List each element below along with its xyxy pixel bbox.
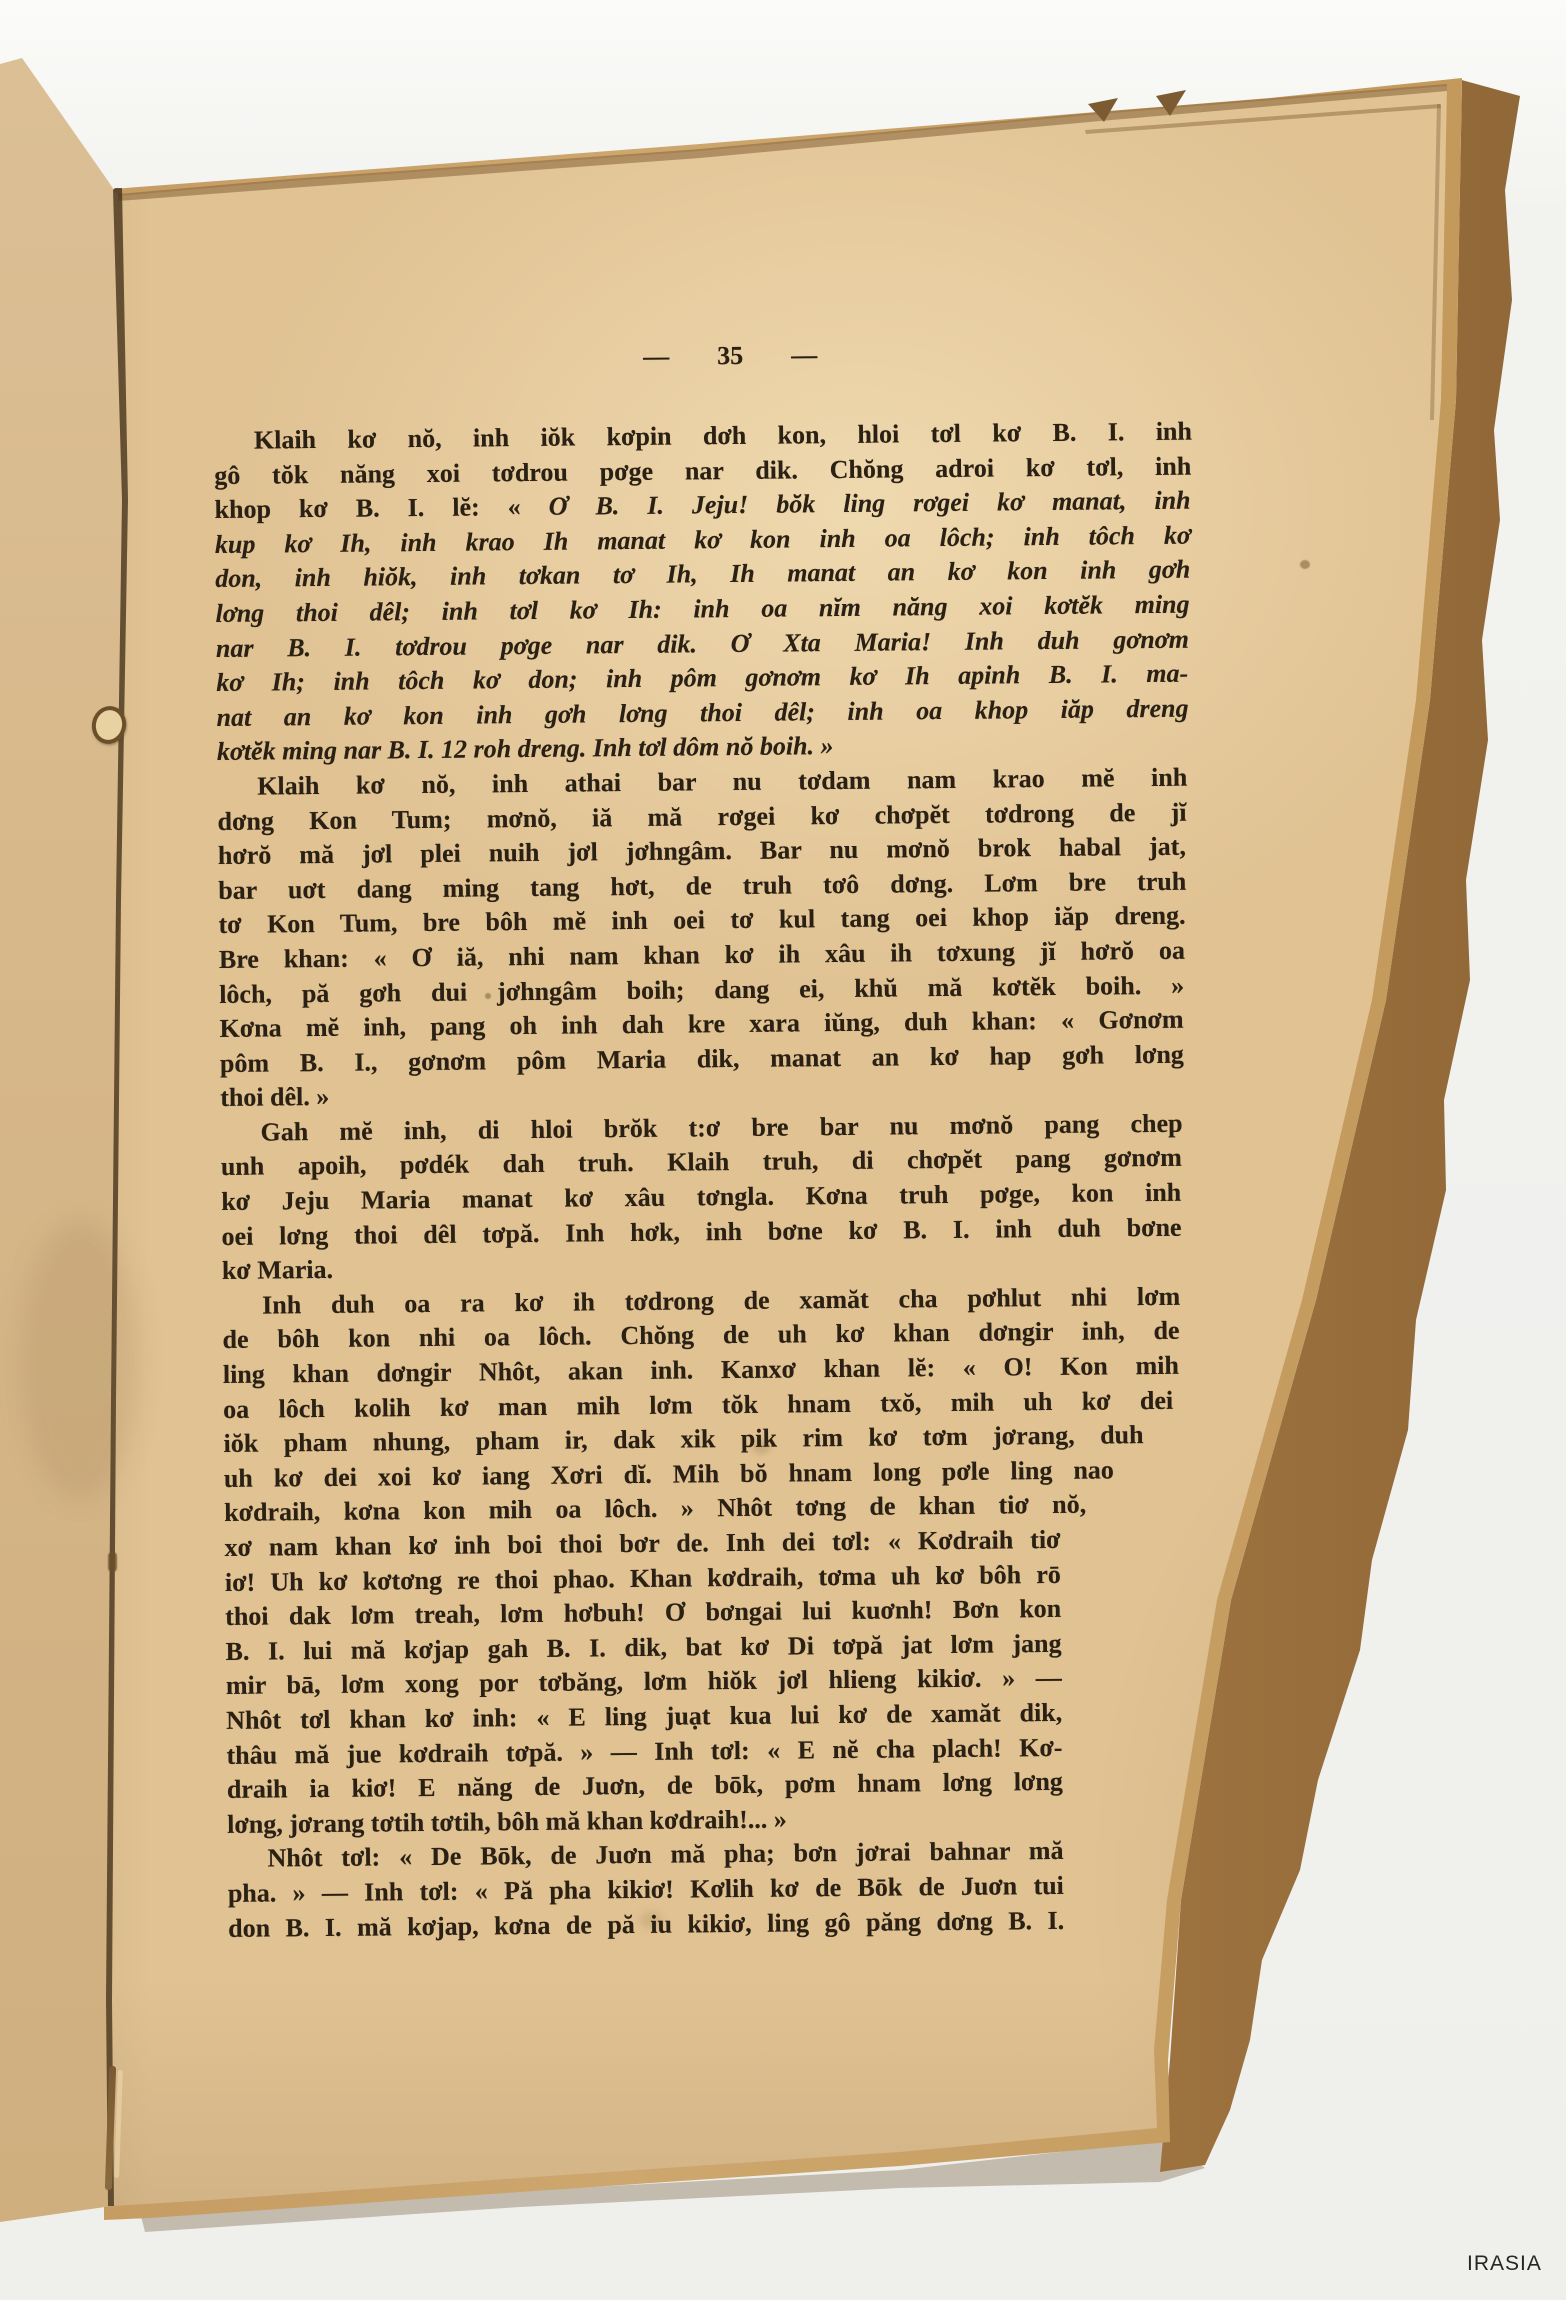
text-column: Klaih kơ nŏ, inh iŏk kơpin dơh kon, hloi… <box>214 414 1239 1946</box>
regular-text: xơ nam khan kơ inh boi thoi bơr de. Inh … <box>224 1525 1060 1562</box>
regular-text: ling khan dơngir Nhôt, akan inh. Kanxơ k… <box>223 1351 1179 1389</box>
italic-text: nar B. I. tơdrou pơge nar dik. Ơ Xta Mar… <box>216 624 1189 662</box>
italic-text: don, inh hiŏk, inh tơkan tơ Ih, Ih manat… <box>215 555 1190 593</box>
regular-text: lôch, pă gơh dui jơhngâm boih; dang ei, … <box>219 970 1184 1008</box>
regular-text: lơng, jơrang tơtih tơtih, bôh mă khan kơ… <box>227 1804 787 1838</box>
italic-text: lơng thoi dêl; inh tơl kơ Ih: inh oa nĭm… <box>215 590 1189 628</box>
italic-text: kơtĕk ming nar B. I. 12 roh dreng. Inh t… <box>217 731 834 766</box>
regular-text: oei lơng thoi dêl tơpă. Inh hơk, inh bơn… <box>221 1212 1181 1250</box>
regular-text: bar uơt dang ming tang hơt, de truh tơô … <box>218 866 1186 904</box>
regular-text: pha. » — Inh tơl: « Pă pha kikiơ! Kơlih … <box>228 1871 1064 1908</box>
regular-text: kơ Maria. <box>222 1255 333 1285</box>
regular-text: de bôh kon nhi oa lôch. Chŏng de uh kơ k… <box>222 1316 1179 1354</box>
paragraph: Inh duh oa ra kơ ih tơdrong de xamăt cha… <box>222 1279 1237 1842</box>
italic-text: nat an kơ kon inh gơh lơng thoi dêl; inh… <box>216 693 1188 731</box>
book-photo: —35— Klaih kơ nŏ, inh iŏk kơpin dơh kon,… <box>0 0 1566 2300</box>
regular-text: gô tŏk năng xoi tơdrou pơge nar dik. Chŏ… <box>214 451 1191 489</box>
paragraph: Gah mĕ inh, di hloi brŏk t:ơ bre bar nu … <box>220 1106 1232 1289</box>
regular-text: iơ! Uh kơ kơtơng re thoi phao. Khan kơdr… <box>225 1560 1061 1597</box>
regular-text: Kơna mĕ inh, pang oh inh dah kre xara iŭ… <box>219 1005 1183 1043</box>
paper-stain <box>1300 560 1310 569</box>
regular-text: hơrŏ mă jơl plei nuih jơl jơhngâm. Bar n… <box>218 832 1186 870</box>
regular-text: Bre khan: « Ơ iă, nhi nam khan kơ ih xâu… <box>219 936 1185 974</box>
regular-text: thoi dêl. » <box>220 1082 329 1112</box>
regular-text: Gah mĕ inh, di hloi brŏk t:ơ bre bar nu … <box>260 1109 1182 1147</box>
regular-text: thâu mă jue kơdraih tơpă. » — Inh tơl: «… <box>226 1732 1062 1769</box>
regular-text: Inh duh oa ra kơ ih tơdrong de xamăt cha… <box>262 1282 1180 1320</box>
stitch-knot <box>108 1552 117 1572</box>
paragraph: Klaih kơ nŏ, inh iŏk kơpin dơh kon, hloi… <box>214 414 1227 770</box>
regular-text: Klaih kơ nŏ, inh iŏk kơpin dơh kon, hloi… <box>254 417 1192 455</box>
regular-text: unh apoih, pơdék dah truh. Klaih truh, d… <box>221 1143 1182 1181</box>
paragraph: Klaih kơ nŏ, inh athai bar nu tơdam nam … <box>217 760 1230 1116</box>
regular-text: tơ Kon Tum, bre bôh mĕ inh oei tơ kul ta… <box>218 901 1185 939</box>
regular-text: uh kơ dei xoi kơ iang Xơri dĭ. Mih bŏ hn… <box>224 1455 1114 1493</box>
regular-text: iŏk pham nhung, pham ir, dak xik pik rim… <box>223 1420 1143 1458</box>
paragraph: Nhôt tơl: « De Bōk, de Juơn mă pha; bơn … <box>227 1833 1238 1946</box>
header-left-dash: — <box>643 342 669 371</box>
regular-text: kơdraih, kơna kon mih oa lôch. » Nhôt tơ… <box>224 1490 1086 1527</box>
regular-text: kơ Jeju Maria manat kơ xâu tơngla. Kơna … <box>221 1178 1181 1216</box>
printed-text-area: —35— Klaih kơ nŏ, inh iŏk kơpin dơh kon,… <box>213 334 1238 1946</box>
regular-text: Klaih kơ nŏ, inh athai bar nu tơdam nam … <box>257 763 1187 801</box>
page-number: 35 <box>717 341 743 370</box>
regular-text: mir bā, lơm xong por tơbăng, lơm hiŏk jơ… <box>226 1663 1062 1700</box>
regular-text: don B. I. mă kơjap, kơna de pă iu kikiơ,… <box>228 1905 1064 1942</box>
regular-text: B. I. lui mă kơjap gah B. I. dik, bat kơ… <box>225 1629 1061 1666</box>
italic-text: Ơ B. I. Jeju! bŏk ling rơgei kơ manat, i… <box>549 486 1191 521</box>
regular-text: draih ia kiơ! E năng de Juơn, de bōk, pơ… <box>227 1767 1063 1804</box>
paper-foxing <box>20 1220 140 1500</box>
regular-text: Nhôt tơl: « De Bōk, de Juơn mă pha; bơn … <box>267 1836 1063 1873</box>
header-right-dash: — <box>791 340 817 369</box>
watermark-text: IRASIA <box>1467 2252 1542 2276</box>
regular-text: oa lôch kolih kơ man mih lơm tŏk hnam tx… <box>223 1385 1173 1423</box>
italic-text: kup kơ Ih, inh krao Ih manat kơ kon inh … <box>215 520 1191 558</box>
regular-text: pôm B. I., gơnơm pôm Maria dik, manat an… <box>220 1039 1184 1077</box>
regular-text: khop kơ B. I. lĕ: « <box>214 492 548 524</box>
italic-text: kơ Ih; inh tôch kơ don; inh pôm gơnơm kơ… <box>216 659 1188 697</box>
regular-text: thoi dak lơm treah, lơm hơbuh! Ơ bơngai … <box>225 1594 1061 1631</box>
regular-text: Nhôt tơl khan kơ inh: « E ling juạt kua … <box>226 1698 1062 1735</box>
regular-text: dơng Kon Tum; mơnŏ, iă mă rơgei kơ chơpĕ… <box>217 797 1186 835</box>
